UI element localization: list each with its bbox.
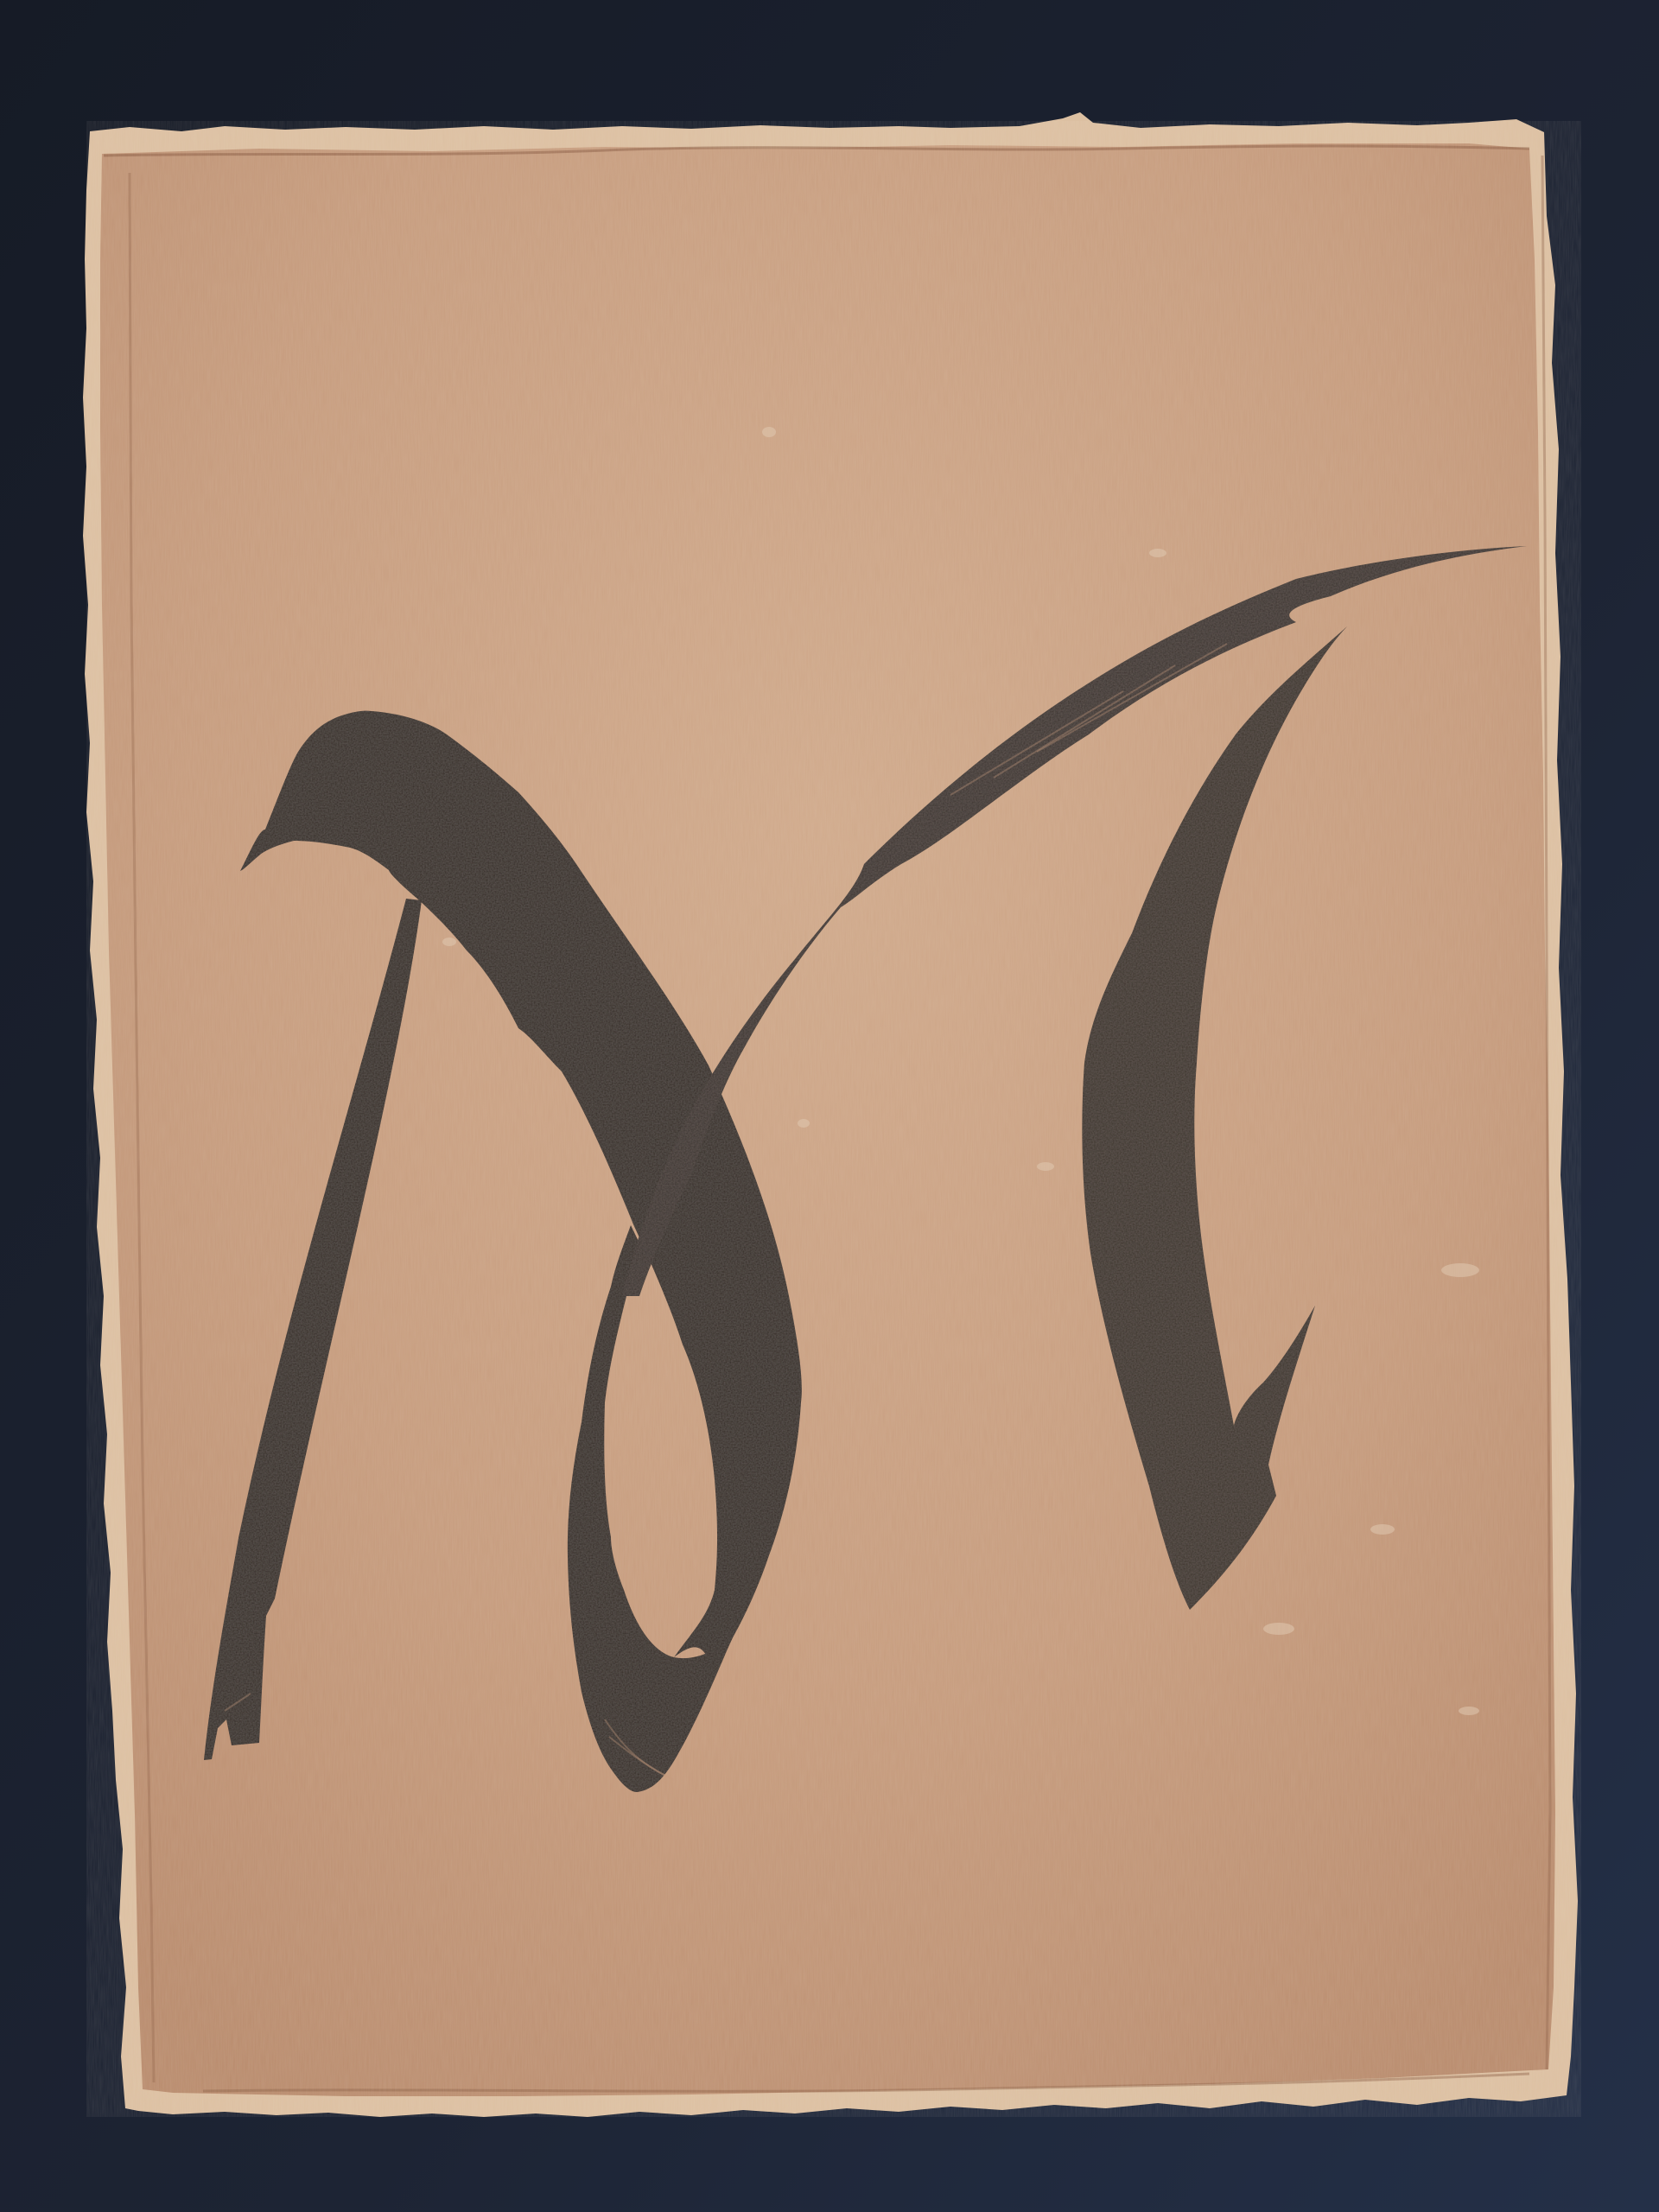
artwork-canvas	[0, 0, 1659, 2212]
paper-sheet	[83, 112, 1581, 2117]
photo-stage: M	[0, 0, 1659, 2212]
